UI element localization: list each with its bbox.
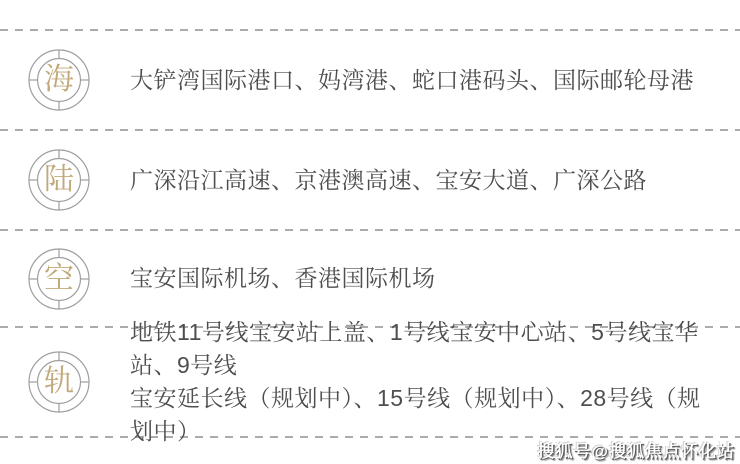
text-line: 地铁11号线宝安站上盖、1号线宝安中心站、5号线宝华站、9号线: [130, 316, 710, 382]
land-badge-icon: 陆: [27, 148, 91, 212]
section-land-transport: 陆 广深沿江高速、京港澳高速、宝安大道、广深公路: [0, 131, 740, 229]
air-transport-list: 宝安国际机场、香港国际机场: [130, 262, 710, 295]
sea-character: 海: [27, 48, 91, 112]
section-air-transport: 空 宝安国际机场、香港国际机场: [0, 231, 740, 326]
text-line: 宝安国际机场、香港国际机场: [130, 262, 710, 295]
sea-badge-icon: 海: [27, 48, 91, 112]
rail-character: 轨: [27, 350, 91, 414]
text-line: 广深沿江高速、京港澳高速、宝安大道、广深公路: [130, 164, 710, 197]
sea-transport-list: 大铲湾国际港口、妈湾港、蛇口港码头、国际邮轮母港: [130, 64, 710, 97]
air-character: 空: [27, 247, 91, 311]
land-transport-list: 广深沿江高速、京港澳高速、宝安大道、广深公路: [130, 164, 710, 197]
land-character: 陆: [27, 148, 91, 212]
rail-badge-icon: 轨: [27, 350, 91, 414]
transport-infographic: 海 大铲湾国际港口、妈湾港、蛇口港码头、国际邮轮母港 陆 广深沿江高速、京港澳高…: [0, 0, 740, 464]
text-line: 大铲湾国际港口、妈湾港、蛇口港码头、国际邮轮母港: [130, 64, 710, 97]
sohu-watermark: 搜狐号@搜狐焦点怀化站: [537, 437, 735, 462]
section-sea-transport: 海 大铲湾国际港口、妈湾港、蛇口港码头、国际邮轮母港: [0, 31, 740, 129]
rail-transport-list: 地铁11号线宝安站上盖、1号线宝安中心站、5号线宝华站、9号线 宝安延长线（规划…: [130, 316, 710, 448]
section-rail-transport: 轨 地铁11号线宝安站上盖、1号线宝安中心站、5号线宝华站、9号线 宝安延长线（…: [0, 328, 740, 436]
air-badge-icon: 空: [27, 247, 91, 311]
